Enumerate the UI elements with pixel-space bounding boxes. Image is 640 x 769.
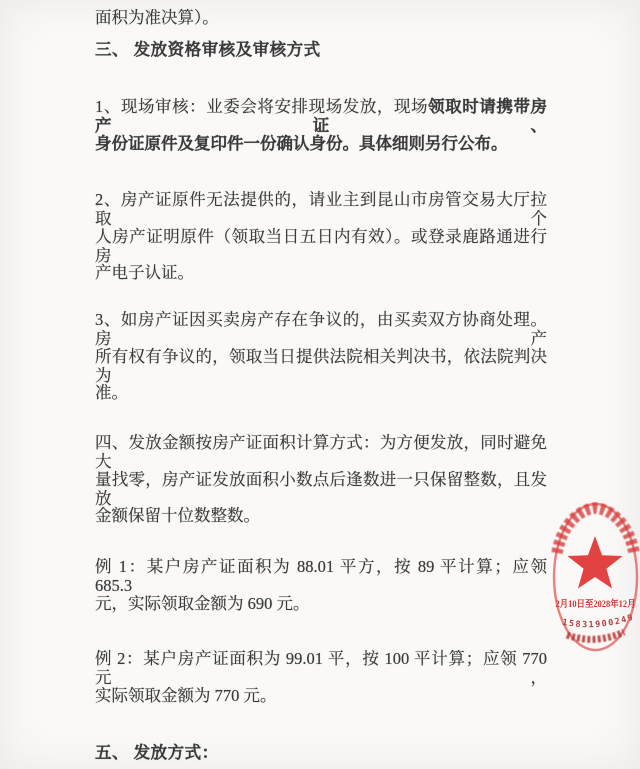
red-seal-stamp: 2月10日至2028年12月 15831900249 [551,499,640,655]
para-2-certificate-unavailable-line-1: 2、房产证原件无法提供的，请业主到昆山市房管交易大厅拉取个 [95,190,547,228]
example-1-line-1: 例 1：某户房产证面积为 88.01 平方，按 89 平计算；应领 685.3 [95,557,547,595]
example-1-line-2: 元，实际领取金额为 690 元。 [95,594,547,613]
example-2-line-1: 例 2：某户房产证面积为 99.01 平，按 100 平计算；应领 770 元， [95,649,547,687]
stamp-star-icon [567,536,622,588]
para-3-dispute-handling-line-3: 准。 [95,383,547,402]
para-1-onsite-review-line-2: 身份证原件及复印件一份确认身份。具体细则另行公布。 [95,134,547,153]
document-text: 面积为准决算）。三、 发放资格审核及审核方式1、现场审核：业委会将安排现场发放，… [95,0,547,769]
para-4-amount-calculation-line-2: 量找零，房产证发放面积小数点后逢数进一只保留整数，且发放 [95,470,547,508]
para-carryover-line-1: 面积为准决算）。 [95,8,547,27]
heading-section-3-line-1: 三、 发放资格审核及审核方式 [95,40,547,59]
para-2-certificate-unavailable-line-2: 人房产证明原件（领取当日五日内有效）。或登录鹿路通进行房 [95,227,547,265]
example-2-line-2: 实际领取金额为 770 元。 [95,686,547,705]
para-1-onsite-review-line-1: 1、现场审核：业委会将安排现场发放，现场领取时请携带房产证、 [95,97,547,135]
heading-section-5-line-1: 五、 发放方式： [95,743,547,762]
stamp-bottom-arc-illegible-text [567,632,624,639]
para-4-amount-calculation-line-1: 四、发放金额按房产证面积计算方式：为方便发放，同时避免大 [95,433,547,471]
para-4-amount-calculation-line-3: 金额保留十位数整数。 [95,506,547,525]
para-2-certificate-unavailable-line-3: 产电子认证。 [95,263,547,282]
stamp-date-text: 2月10日至2028年12月 [556,598,636,610]
document-page: 面积为准决算）。三、 发放资格审核及审核方式1、现场审核：业委会将安排现场发放，… [0,0,640,769]
para-3-dispute-handling-line-2: 所有权有争议的，领取当日提供法院相关判决书，依法院判决为 [95,347,547,385]
para-3-dispute-handling-line-1: 3、如房产证因买卖房产存在争议的，由买卖双方协商处理。房产 [95,310,547,348]
